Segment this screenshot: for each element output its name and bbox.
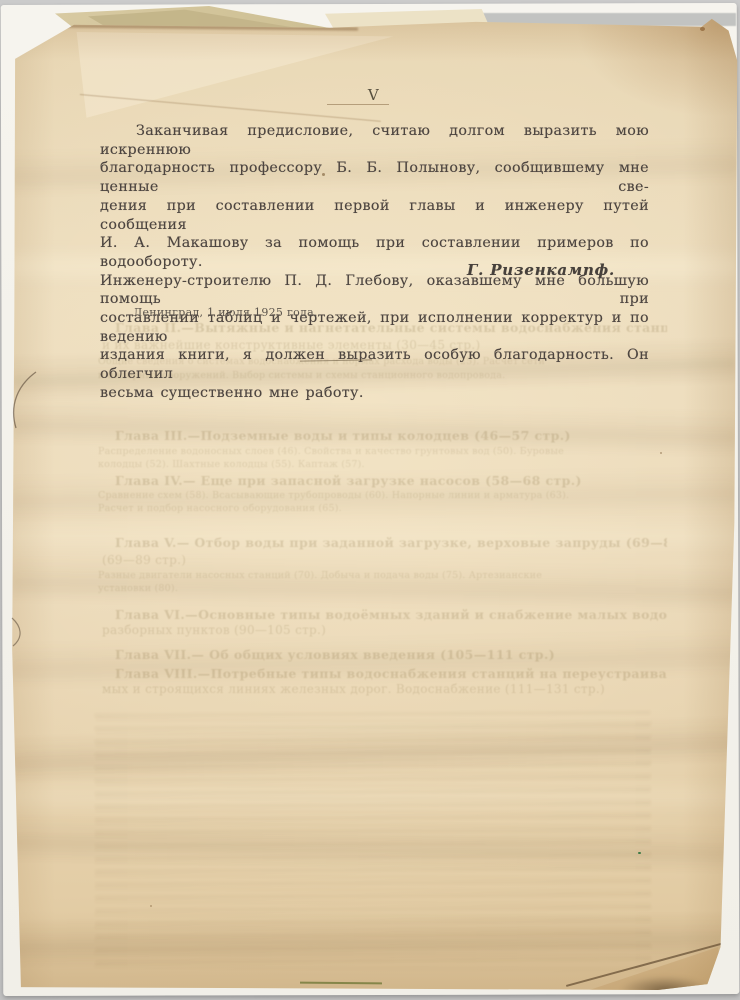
bleedthrough-line: Распределение водоносных слоев (46). Сво… [98,446,564,457]
bleedthrough-line: Глава VIII.—Потребные типы водоснабжения… [115,666,667,681]
bleedthrough-line: разборных пунктов (90—105 стр.) [102,623,326,637]
bleedthrough-line: Расчет и подбор насосного оборудования (… [98,503,342,514]
bleedthrough-line: и напорных сооружений. Выбор системы и с… [98,370,505,381]
foxing-dot [322,173,325,176]
author-signature: Г. Ризенкампф. [467,261,615,279]
bleedthrough-line: Глава V.— Отбор воды при заданной загруз… [115,535,667,550]
preface-line: благодарность профессору Б. Б. Полынову,… [100,159,649,196]
bleedthrough-line: Глава VII.— Об общих условиях введения (… [115,647,555,662]
bleedthrough-line: установки (80). [98,583,178,594]
top-left-fold-highlight [70,21,400,131]
preface-line: дения при составлении первой главы и инж… [100,197,649,234]
foxing-dot [585,166,587,168]
green-speck [638,852,641,854]
preface-line: весьма существенно мне работу. [100,384,649,403]
bleedthrough-line: (69—89 стр.) [102,553,186,567]
book-page: V Заканчивая предисловие, считаю долгом … [10,16,738,990]
preface-line: Заканчивая предисловие, считаю долгом вы… [100,122,649,159]
foxing-dot [660,452,662,454]
bottom-bleedthrough-texture [94,717,652,972]
bleedthrough-line: Глава II.—Вытяжные и нагнетательные сист… [115,320,667,335]
foxing-dot [700,27,705,31]
bleedthrough-line: Разные двигатели насосных станций (70). … [98,570,542,581]
bleedthrough-line: мых и строящихся линиях железных дорог. … [102,682,605,696]
scanned-book-photo: { "document": { "page_number": "V", "par… [0,0,740,1000]
bleedthrough-line: Общие сведения о системах водоснабжения … [98,356,545,367]
bleedthrough-line: и их важнейшие конструктивные элементы (… [102,338,480,352]
bleedthrough-line: Глава IV.— Еще при запасной загрузке нас… [115,473,582,488]
foxing-dot [150,905,152,907]
page-number-rule [327,104,389,105]
bleedthrough-line: Сравнение схем (58). Всасывающие трубопр… [98,490,569,501]
bleedthrough-line: Глава VI.—Основные типы водоёмных зданий… [115,607,667,622]
page-number: V [10,86,738,104]
bleedthrough-line: Глава III.—Подземные воды и типы колодце… [115,428,571,443]
place-date-line: Ленинград, 1 июля 1925 года. [133,306,318,319]
cover-edge-sliver [300,982,382,985]
bleedthrough-line: колодцы (52). Шахтные колодцы (55). Капт… [98,459,365,470]
